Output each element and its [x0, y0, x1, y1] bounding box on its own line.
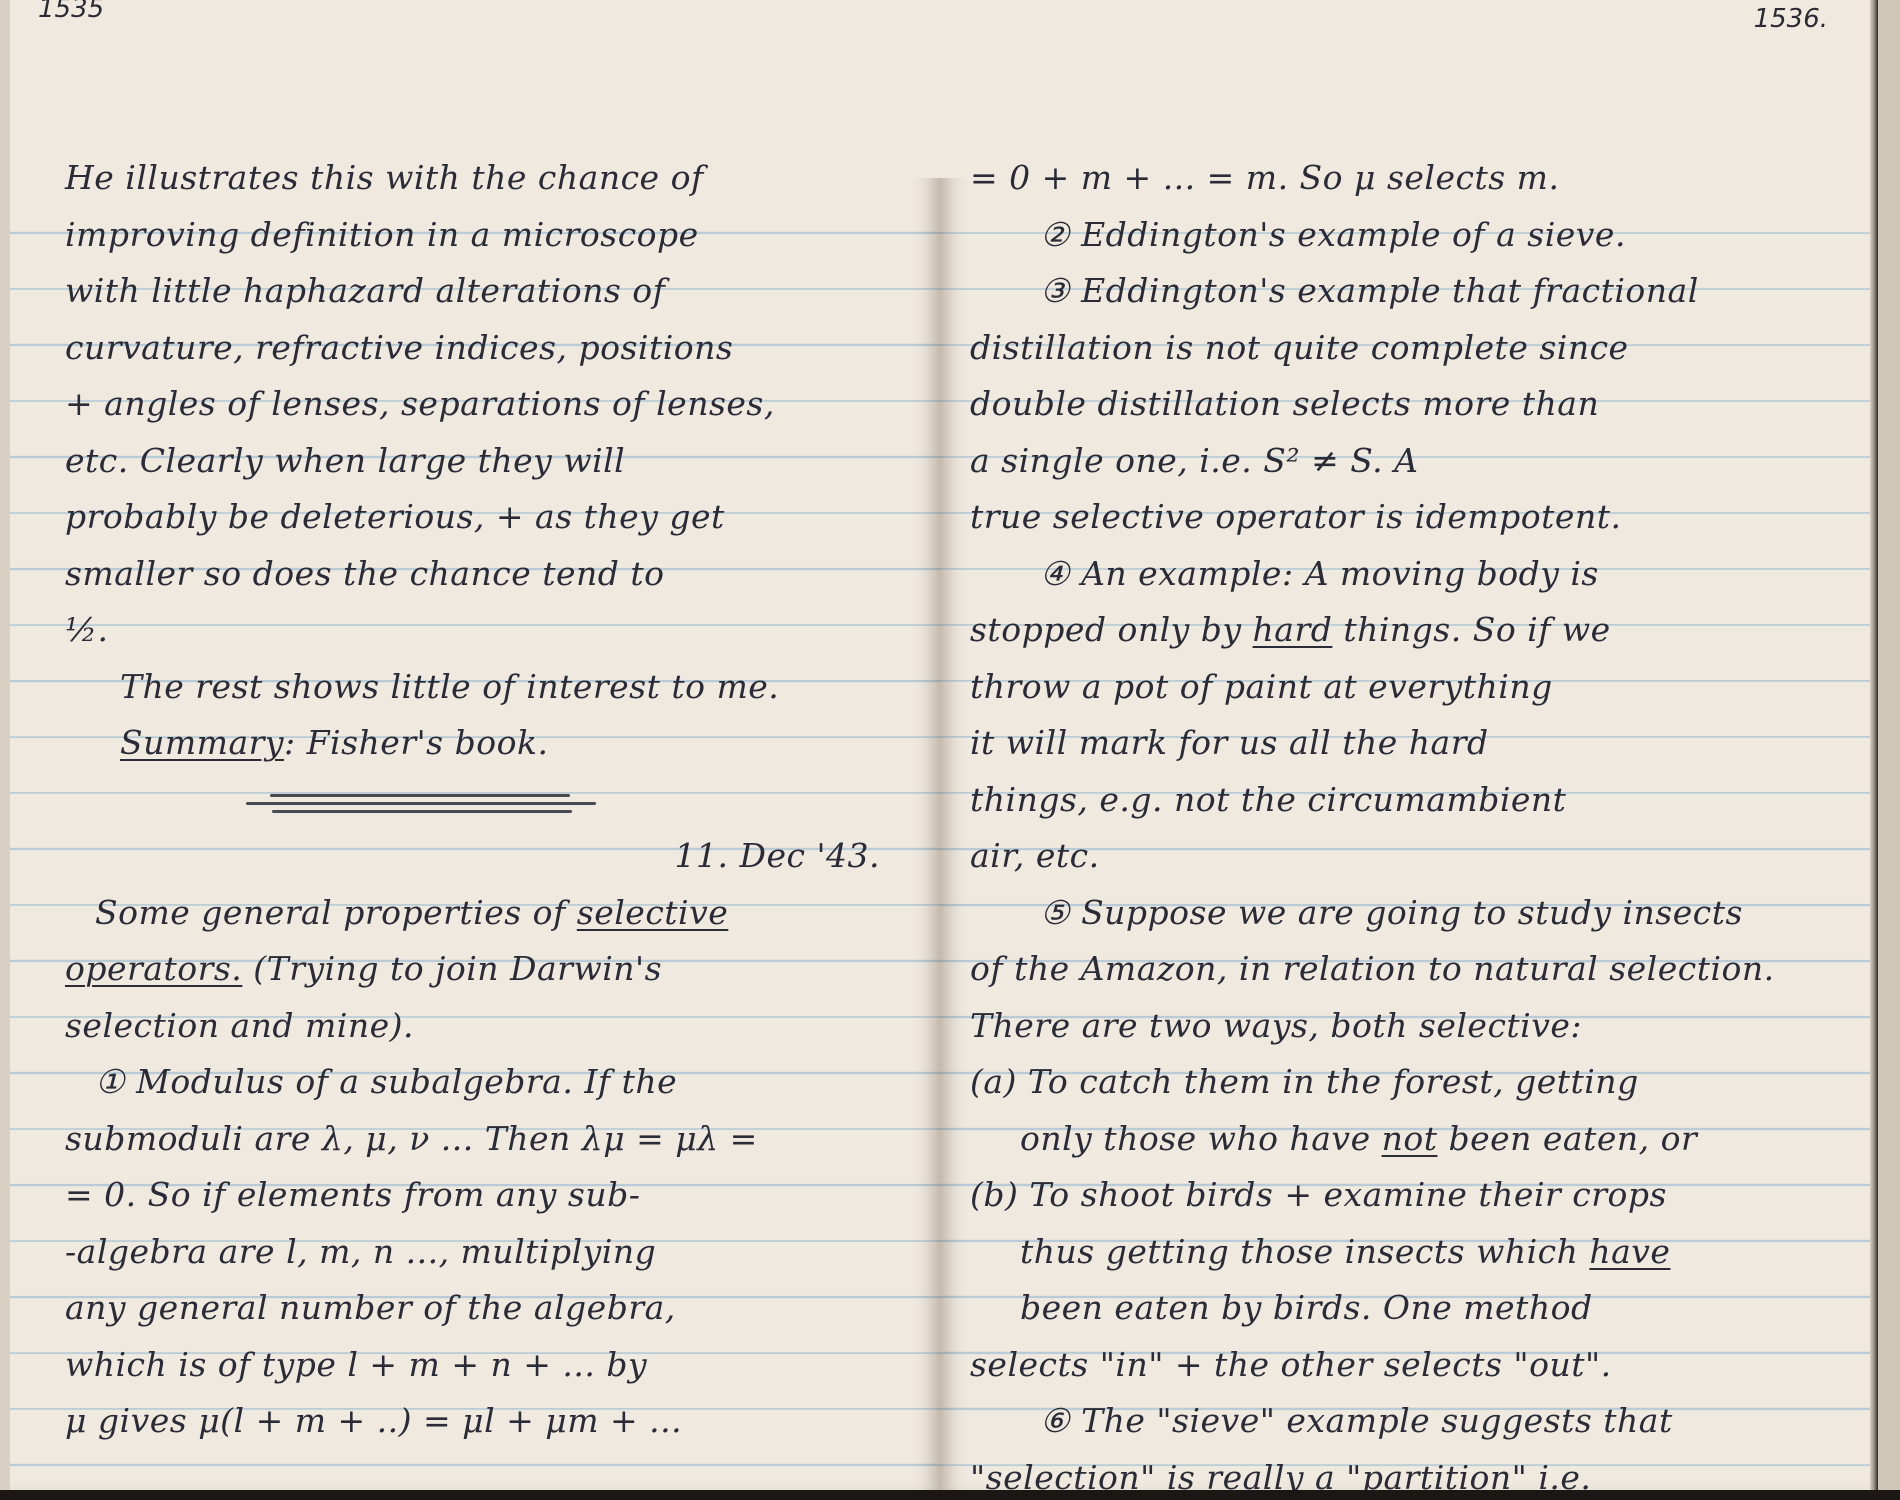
heading-text: Some general properties of [95, 893, 577, 932]
underlined-word: hard [1253, 610, 1333, 649]
text-line: probably be deleterious, + as they get [10, 489, 940, 546]
text-line: ② Eddington's example of a sieve. [940, 207, 1878, 264]
text-line: double distillation selects more than [940, 376, 1878, 433]
left-page-text: He illustrates this with the chance of i… [10, 150, 940, 1450]
text-line: He illustrates this with the chance of [10, 150, 940, 207]
text-span: thus getting those insects which [1020, 1232, 1589, 1271]
text-line: (b) To shoot birds + examine their crops [940, 1167, 1878, 1224]
summary-label: Summary [120, 723, 284, 762]
right-page: 1536. = 0 + m + ... = m. So μ selects m.… [940, 0, 1900, 1490]
text-line: distillation is not quite complete since [940, 320, 1878, 377]
text-line: There are two ways, both selective: [940, 998, 1878, 1055]
text-line: = 0 + m + ... = m. So μ selects m. [940, 150, 1878, 207]
text-span: things. So if we [1332, 610, 1610, 649]
page-number-right: 1536. [1754, 4, 1828, 34]
text-line: true selective operator is idempotent. [940, 489, 1878, 546]
underlined-word: operators. [65, 949, 242, 988]
text-line: been eaten by birds. One method [940, 1280, 1878, 1337]
text-line: stopped only by hard things. So if we [940, 602, 1878, 659]
text-span: been eaten, or [1437, 1119, 1697, 1158]
text-line: -algebra are l, m, n ..., multiplying [10, 1224, 940, 1281]
text-line: ③ Eddington's example that fractional [940, 263, 1878, 320]
underlined-word: have [1589, 1232, 1670, 1271]
text-line: a single one, i.e. S² ≠ S. A [940, 433, 1878, 490]
text-line: ④ An example: A moving body is [940, 546, 1878, 603]
text-line: only those who have not been eaten, or [940, 1111, 1878, 1168]
text-line: Some general properties of selective [10, 885, 940, 942]
text-line: any general number of the algebra, [10, 1280, 940, 1337]
text-line: (a) To catch them in the forest, getting [940, 1054, 1878, 1111]
text-line: selects "in" + the other selects "out". [940, 1337, 1878, 1394]
text-line: curvature, refractive indices, positions [10, 320, 940, 377]
text-line: ½. [10, 602, 940, 659]
text-line: ⑤ Suppose we are going to study insects [940, 885, 1878, 942]
underlined-word: not [1382, 1119, 1438, 1158]
summary-line: Summary: Fisher's book. [10, 715, 940, 772]
text-line: "selection" is really a "partition" i.e. [940, 1450, 1878, 1491]
text-line: things, e.g. not the circumambient [940, 772, 1878, 829]
left-page: 1535 He illustrates this with the chance… [0, 0, 940, 1490]
section-divider [10, 772, 940, 829]
notebook-spread: 1535 He illustrates this with the chance… [0, 0, 1900, 1490]
text-line: = 0. So if elements from any sub- [10, 1167, 940, 1224]
text-line: it will mark for us all the hard [940, 715, 1878, 772]
text-span: stopped only by [970, 610, 1253, 649]
text-line: improving definition in a microscope [10, 207, 940, 264]
text-line: + angles of lenses, separations of lense… [10, 376, 940, 433]
text-line: etc. Clearly when large they will [10, 433, 940, 490]
text-line: thus getting those insects which have [940, 1224, 1878, 1281]
text-line: μ gives μ(l + m + ..) = μl + μm + ... [10, 1393, 940, 1450]
text-line: smaller so does the chance tend to [10, 546, 940, 603]
text-line: air, etc. [940, 828, 1878, 885]
underlined-word: selective [577, 893, 729, 932]
text-line: selection and mine). [10, 998, 940, 1055]
text-line: ① Modulus of a subalgebra. If the [10, 1054, 940, 1111]
text-line: throw a pot of paint at everything [940, 659, 1878, 716]
text-span: only those who have [1020, 1119, 1382, 1158]
text-line: The rest shows little of interest to me. [10, 659, 940, 716]
summary-text: : Fisher's book. [284, 723, 548, 762]
text-line: of the Amazon, in relation to natural se… [940, 941, 1878, 998]
page-number-left: 1535 [38, 0, 104, 24]
text-line: operators. (Trying to join Darwin's [10, 941, 940, 998]
entry-date: 11. Dec '43. [10, 828, 940, 885]
text-line: ⑥ The "sieve" example suggests that [940, 1393, 1878, 1450]
text-span: (Trying to join Darwin's [242, 949, 662, 988]
text-line: submoduli are λ, μ, ν ... Then λμ = μλ = [10, 1111, 940, 1168]
text-line: with little haphazard alterations of [10, 263, 940, 320]
right-page-text: = 0 + m + ... = m. So μ selects m. ② Edd… [940, 150, 1878, 1490]
text-line: which is of type l + m + n + ... by [10, 1337, 940, 1394]
